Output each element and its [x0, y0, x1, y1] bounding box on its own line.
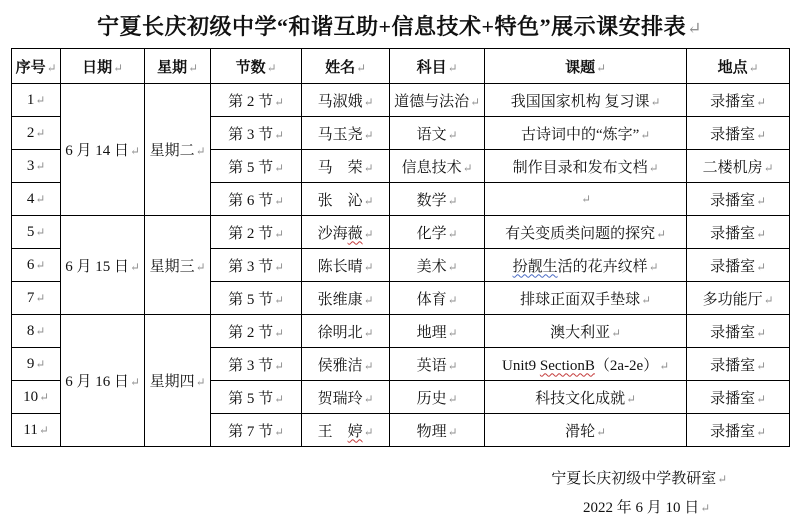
- paragraph-mark-icon: ↵: [274, 95, 284, 109]
- cell-topic: ↵: [485, 183, 687, 216]
- cell-name: 王 婷↵: [302, 414, 390, 447]
- cell-location: 录播室↵: [687, 183, 790, 216]
- cell-period: 第 7 节↵: [211, 414, 302, 447]
- paragraph-mark-icon: ↵: [756, 227, 766, 241]
- paragraph-mark-icon: ↵: [356, 61, 366, 75]
- paragraph-mark-icon: ↵: [764, 161, 774, 175]
- paragraph-mark-icon: ↵: [47, 61, 57, 75]
- cell-text: 沙海: [318, 226, 348, 242]
- cell-period: 第 3 节↵: [211, 117, 302, 150]
- cell-topic: 制作目录和发布文档↵: [485, 150, 687, 183]
- paragraph-mark-icon: ↵: [364, 326, 374, 340]
- cell-date: 6 月 14 日↵: [61, 84, 145, 216]
- cell-topic: 我国国家机构 复习课↵: [485, 84, 687, 117]
- cell-topic: Unit9 SectionB（2a-2e）↵: [485, 348, 687, 381]
- paragraph-mark-icon: ↵: [39, 390, 49, 404]
- cell-subject: 语文↵: [390, 117, 485, 150]
- paragraph-mark-icon: ↵: [448, 61, 458, 75]
- paragraph-mark-icon: ↵: [35, 225, 45, 239]
- paragraph-mark-icon: ↵: [35, 126, 45, 140]
- cell-serial: 9↵: [12, 348, 61, 381]
- cell-location: 录播室↵: [687, 117, 790, 150]
- paragraph-mark-icon: ↵: [756, 194, 766, 208]
- header-label: 日期: [82, 60, 112, 76]
- paragraph-mark-icon: ↵: [756, 392, 766, 406]
- paragraph-mark-icon: ↵: [196, 260, 206, 274]
- cell-name: 侯雅洁↵: [302, 348, 390, 381]
- cell-serial: 1↵: [12, 84, 61, 117]
- footer-organization: 宁夏长庆初级中学教研室↵: [551, 467, 727, 488]
- paragraph-mark-icon: ↵: [35, 291, 45, 305]
- cell-subject: 物理↵: [390, 414, 485, 447]
- cell-weekday: 星期二↵: [145, 84, 211, 216]
- paragraph-mark-icon: ↵: [448, 392, 458, 406]
- paragraph-mark-icon: ↵: [756, 128, 766, 142]
- paragraph-mark-icon: ↵: [267, 61, 277, 75]
- header-date: 日期↵: [61, 49, 145, 84]
- paragraph-mark-icon: ↵: [463, 161, 473, 175]
- header-label: 节数: [236, 60, 266, 76]
- document-page: 宁夏长庆初级中学“和谐互助+信息技术+特色”展示课安排表↵ 序号↵ 日期↵ 星期…: [0, 0, 799, 526]
- paragraph-mark-icon: ↵: [596, 61, 606, 75]
- table-header-row: 序号↵ 日期↵ 星期↵ 节数↵ 姓名↵ 科目↵ 课题↵ 地点↵: [12, 49, 790, 84]
- cell-location: 录播室↵: [687, 315, 790, 348]
- cell-location: 录播室↵: [687, 84, 790, 117]
- cell-name: 徐明北↵: [302, 315, 390, 348]
- header-name: 姓名↵: [302, 49, 390, 84]
- paragraph-mark-icon: ↵: [35, 192, 45, 206]
- paragraph-mark-icon: ↵: [700, 501, 710, 515]
- paragraph-mark-icon: ↵: [364, 95, 374, 109]
- cell-serial: 6↵: [12, 249, 61, 282]
- paragraph-mark-icon: ↵: [649, 260, 659, 274]
- paragraph-mark-icon: ↵: [448, 425, 458, 439]
- paragraph-mark-icon: ↵: [756, 425, 766, 439]
- paragraph-mark-icon: ↵: [641, 293, 651, 307]
- cell-date: 6 月 16 日↵: [61, 315, 145, 447]
- cell-topic: 扮靓生活的花卉纹样↵: [485, 249, 687, 282]
- cell-date: 6 月 15 日↵: [61, 216, 145, 315]
- spellcheck-blue-underline: 扮靓生: [513, 259, 558, 275]
- cell-location: 录播室↵: [687, 381, 790, 414]
- cell-name: 张 沁↵: [302, 183, 390, 216]
- page-title-text: 宁夏长庆初级中学“和谐互助+信息技术+特色”展示课安排表: [97, 14, 686, 39]
- paragraph-mark-icon: ↵: [196, 375, 206, 389]
- header-label: 课题: [565, 60, 595, 76]
- cell-text: （2a-2e）: [595, 358, 658, 374]
- cell-subject: 数学↵: [390, 183, 485, 216]
- table-row: 1↵6 月 14 日↵星期二↵第 2 节↵马淑娥↵道德与法治↵我国国家机构 复习…: [12, 84, 790, 117]
- cell-serial: 4↵: [12, 183, 61, 216]
- header-label: 星期: [157, 60, 187, 76]
- cell-location: 二楼机房↵: [687, 150, 790, 183]
- footer-date-text: 2022 年 6 月 10 日: [583, 500, 699, 516]
- cell-period: 第 5 节↵: [211, 150, 302, 183]
- paragraph-mark-icon: ↵: [448, 326, 458, 340]
- paragraph-mark-icon: ↵: [35, 258, 45, 272]
- paragraph-mark-icon: ↵: [196, 144, 206, 158]
- cell-location: 录播室↵: [687, 414, 790, 447]
- header-label: 地点: [718, 60, 748, 76]
- cell-period: 第 6 节↵: [211, 183, 302, 216]
- spellcheck-red-underline: 婷: [348, 424, 363, 440]
- cell-serial: 10↵: [12, 381, 61, 414]
- header-weekday: 星期↵: [145, 49, 211, 84]
- paragraph-mark-icon: ↵: [130, 144, 140, 158]
- paragraph-mark-icon: ↵: [581, 192, 591, 206]
- paragraph-mark-icon: ↵: [130, 375, 140, 389]
- header-label: 科目: [417, 60, 447, 76]
- cell-subject: 体育↵: [390, 282, 485, 315]
- cell-topic: 科技文化成就↵: [485, 381, 687, 414]
- cell-name: 贺瑞玲↵: [302, 381, 390, 414]
- paragraph-mark-icon: ↵: [687, 19, 702, 39]
- paragraph-mark-icon: ↵: [274, 260, 284, 274]
- paragraph-mark-icon: ↵: [364, 359, 374, 373]
- paragraph-mark-icon: ↵: [756, 260, 766, 274]
- paragraph-mark-icon: ↵: [274, 128, 284, 142]
- table-row: 8↵6 月 16 日↵星期四↵第 2 节↵徐明北↵地理↵澳大利亚↵录播室↵: [12, 315, 790, 348]
- cell-subject: 道德与法治↵: [390, 84, 485, 117]
- paragraph-mark-icon: ↵: [113, 61, 123, 75]
- table-row: 5↵6 月 15 日↵星期三↵第 2 节↵沙海薇↵化学↵有关变质类问题的探究↵录…: [12, 216, 790, 249]
- page-title: 宁夏长庆初级中学“和谐互助+信息技术+特色”展示课安排表↵: [0, 10, 799, 41]
- paragraph-mark-icon: ↵: [274, 194, 284, 208]
- cell-location: 录播室↵: [687, 216, 790, 249]
- cell-weekday: 星期三↵: [145, 216, 211, 315]
- cell-text: 王: [318, 424, 348, 440]
- header-label: 序号: [16, 60, 46, 76]
- cell-name: 陈长晴↵: [302, 249, 390, 282]
- paragraph-mark-icon: ↵: [756, 326, 766, 340]
- paragraph-mark-icon: ↵: [188, 61, 198, 75]
- cell-name: 马淑娥↵: [302, 84, 390, 117]
- cell-name: 马 荣↵: [302, 150, 390, 183]
- cell-weekday: 星期四↵: [145, 315, 211, 447]
- cell-text: 活的花卉纹样: [558, 259, 648, 275]
- cell-location: 多功能厅↵: [687, 282, 790, 315]
- paragraph-mark-icon: ↵: [448, 194, 458, 208]
- cell-period: 第 3 节↵: [211, 348, 302, 381]
- cell-period: 第 5 节↵: [211, 282, 302, 315]
- cell-subject: 历史↵: [390, 381, 485, 414]
- cell-name: 张维康↵: [302, 282, 390, 315]
- paragraph-mark-icon: ↵: [130, 260, 140, 274]
- cell-period: 第 3 节↵: [211, 249, 302, 282]
- paragraph-mark-icon: ↵: [749, 61, 759, 75]
- paragraph-mark-icon: ↵: [364, 194, 374, 208]
- paragraph-mark-icon: ↵: [756, 95, 766, 109]
- paragraph-mark-icon: ↵: [364, 128, 374, 142]
- paragraph-mark-icon: ↵: [626, 392, 636, 406]
- cell-text: Unit9: [502, 358, 540, 374]
- paragraph-mark-icon: ↵: [364, 425, 374, 439]
- cell-subject: 化学↵: [390, 216, 485, 249]
- paragraph-mark-icon: ↵: [756, 359, 766, 373]
- cell-serial: 3↵: [12, 150, 61, 183]
- cell-subject: 信息技术↵: [390, 150, 485, 183]
- cell-serial: 8↵: [12, 315, 61, 348]
- cell-name: 沙海薇↵: [302, 216, 390, 249]
- cell-serial: 2↵: [12, 117, 61, 150]
- cell-location: 录播室↵: [687, 348, 790, 381]
- header-subject: 科目↵: [390, 49, 485, 84]
- cell-topic: 滑轮↵: [485, 414, 687, 447]
- cell-topic: 澳大利亚↵: [485, 315, 687, 348]
- paragraph-mark-icon: ↵: [364, 260, 374, 274]
- paragraph-mark-icon: ↵: [448, 260, 458, 274]
- cell-subject: 美术↵: [390, 249, 485, 282]
- paragraph-mark-icon: ↵: [448, 227, 458, 241]
- header-label: 姓名: [325, 60, 355, 76]
- paragraph-mark-icon: ↵: [274, 359, 284, 373]
- paragraph-mark-icon: ↵: [364, 392, 374, 406]
- header-location: 地点↵: [687, 49, 790, 84]
- cell-serial: 5↵: [12, 216, 61, 249]
- paragraph-mark-icon: ↵: [274, 293, 284, 307]
- paragraph-mark-icon: ↵: [649, 161, 659, 175]
- cell-period: 第 2 节↵: [211, 315, 302, 348]
- paragraph-mark-icon: ↵: [448, 128, 458, 142]
- paragraph-mark-icon: ↵: [448, 293, 458, 307]
- paragraph-mark-icon: ↵: [596, 425, 606, 439]
- header-topic: 课题↵: [485, 49, 687, 84]
- footer-date: 2022 年 6 月 10 日↵: [583, 496, 710, 517]
- paragraph-mark-icon: ↵: [650, 95, 660, 109]
- spellcheck-red-underline: SectionB: [540, 358, 595, 374]
- cell-period: 第 2 节↵: [211, 216, 302, 249]
- paragraph-mark-icon: ↵: [274, 227, 284, 241]
- paragraph-mark-icon: ↵: [274, 425, 284, 439]
- header-period: 节数↵: [211, 49, 302, 84]
- header-serial: 序号↵: [12, 49, 61, 84]
- paragraph-mark-icon: ↵: [717, 472, 727, 486]
- cell-location: 录播室↵: [687, 249, 790, 282]
- paragraph-mark-icon: ↵: [659, 359, 669, 373]
- spellcheck-red-underline: 薇: [348, 226, 363, 242]
- paragraph-mark-icon: ↵: [364, 227, 374, 241]
- paragraph-mark-icon: ↵: [448, 359, 458, 373]
- paragraph-mark-icon: ↵: [39, 423, 49, 437]
- paragraph-mark-icon: ↵: [35, 93, 45, 107]
- paragraph-mark-icon: ↵: [274, 326, 284, 340]
- paragraph-mark-icon: ↵: [274, 392, 284, 406]
- paragraph-mark-icon: ↵: [364, 161, 374, 175]
- cell-topic: 古诗词中的“炼字”↵: [485, 117, 687, 150]
- paragraph-mark-icon: ↵: [35, 159, 45, 173]
- cell-serial: 7↵: [12, 282, 61, 315]
- cell-topic: 排球正面双手垫球↵: [485, 282, 687, 315]
- cell-subject: 英语↵: [390, 348, 485, 381]
- paragraph-mark-icon: ↵: [274, 161, 284, 175]
- paragraph-mark-icon: ↵: [656, 227, 666, 241]
- schedule-table: 序号↵ 日期↵ 星期↵ 节数↵ 姓名↵ 科目↵ 课题↵ 地点↵ 1↵6 月 14…: [11, 48, 790, 447]
- footer-organization-text: 宁夏长庆初级中学教研室: [551, 471, 716, 487]
- paragraph-mark-icon: ↵: [640, 128, 650, 142]
- cell-serial: 11↵: [12, 414, 61, 447]
- cell-topic: 有关变质类问题的探究↵: [485, 216, 687, 249]
- cell-name: 马玉尧↵: [302, 117, 390, 150]
- paragraph-mark-icon: ↵: [611, 326, 621, 340]
- paragraph-mark-icon: ↵: [470, 95, 480, 109]
- cell-period: 第 2 节↵: [211, 84, 302, 117]
- paragraph-mark-icon: ↵: [364, 293, 374, 307]
- paragraph-mark-icon: ↵: [35, 357, 45, 371]
- cell-period: 第 5 节↵: [211, 381, 302, 414]
- paragraph-mark-icon: ↵: [35, 324, 45, 338]
- paragraph-mark-icon: ↵: [764, 293, 774, 307]
- cell-subject: 地理↵: [390, 315, 485, 348]
